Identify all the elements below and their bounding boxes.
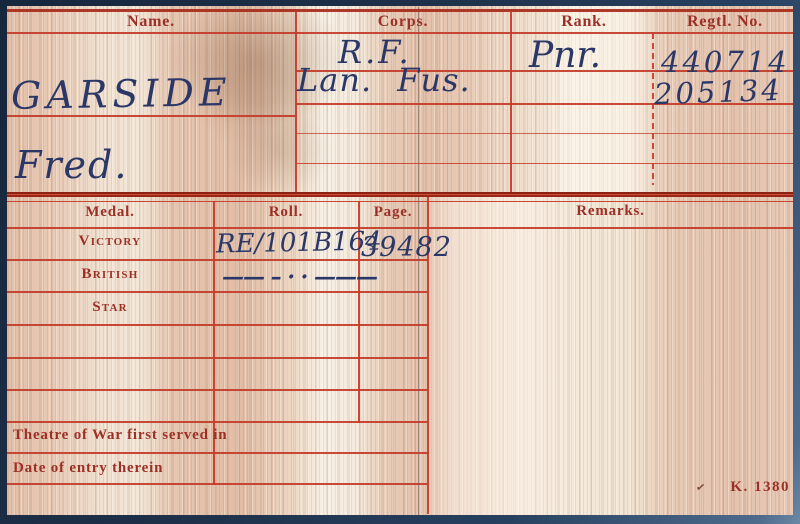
medal-index-card-scan: Name. Corps. Rank. Regtl. No. Medal. Rol… — [0, 0, 800, 524]
forename-handwritten: Fred. — [15, 143, 128, 187]
grid-line-theatre-top — [7, 421, 428, 423]
name-column-header: Name. — [7, 13, 295, 31]
grid-line-rule-d — [296, 163, 793, 164]
grid-line-rule-c — [296, 133, 793, 134]
page-column-header: Page. — [359, 204, 427, 221]
medal-column-header: Medal. — [7, 204, 213, 221]
grid-line-midheader-underline — [7, 227, 793, 229]
medal-row-victory-label: Victory — [7, 233, 213, 250]
roll-column-header: Roll. — [214, 204, 358, 221]
regtl-no-2-handwritten: 205134 — [653, 73, 783, 111]
grid-line-name-corps-divider — [295, 11, 297, 192]
grid-line-medal-row-2 — [7, 291, 428, 293]
grid-line-midheader-top — [7, 201, 793, 202]
remarks-column-header: Remarks. — [428, 203, 793, 220]
corps-second-handwritten: Lan. Fus. — [297, 61, 471, 99]
date-of-entry-label: Date of entry therein — [13, 460, 163, 477]
medal-row-star-label: Star — [7, 299, 213, 316]
surname-handwritten: GARSIDE — [11, 70, 232, 118]
grid-line-section-divider — [7, 192, 793, 197]
rank-handwritten: Pnr. — [529, 35, 601, 76]
form-code: K. 1380 — [708, 479, 790, 496]
regtl-no-column-header: Regtl. No. — [657, 13, 793, 31]
victory-roll-handwritten: RE/101B164 — [216, 227, 382, 260]
british-roll-dash-handwritten: —— – · · ——— — [222, 264, 424, 290]
grid-line-corps-rank-divider — [510, 11, 512, 192]
victory-page-handwritten: 39482 — [361, 232, 452, 263]
grid-line-medal-row-4 — [7, 357, 428, 359]
corps-column-header: Corps. — [296, 13, 510, 31]
theatre-of-war-label: Theatre of War first served in — [13, 427, 227, 444]
rank-column-header: Rank. — [511, 13, 657, 31]
medal-row-british-label: British — [7, 266, 213, 283]
grid-line-date-bottom — [7, 483, 428, 485]
grid-line-medal-row-3 — [7, 324, 428, 326]
grid-line-theatre-bottom — [7, 452, 428, 454]
grid-line-medal-row-5 — [7, 389, 428, 391]
grid-line-top — [7, 9, 793, 12]
